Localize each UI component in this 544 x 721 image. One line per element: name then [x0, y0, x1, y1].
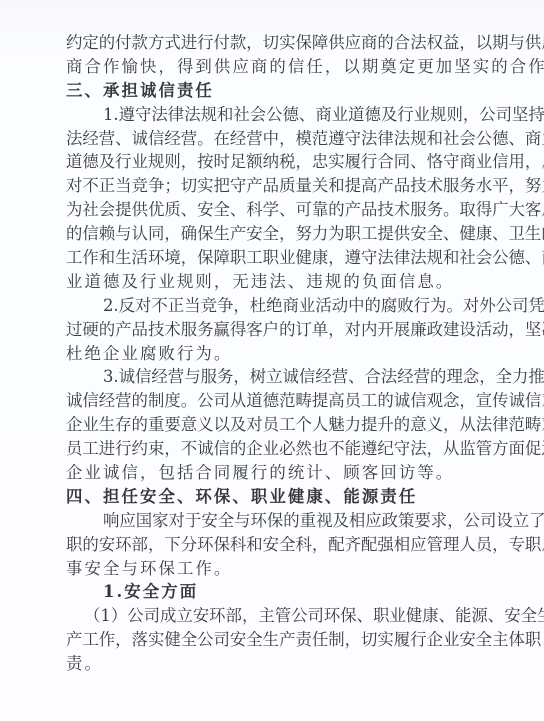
- paragraph-start: 响应国家对于安全与环保的重视及相应政策要求，公司设立了专: [66, 509, 480, 533]
- text-line: 产工作，落实健全公司安全生产责任制，切实履行企业安全主体职: [66, 628, 480, 652]
- text-line: 企业诚信，包括合同履行的统计、顾客回访等。: [66, 461, 480, 485]
- text-line: 企业生存的重要意义以及对员工个人魅力提升的意义，从法律范畴对: [66, 413, 480, 437]
- text-line: 商合作愉快，得到供应商的信任，以期奠定更加坚实的合作基础。: [66, 55, 480, 79]
- document-body: 约定的付款方式进行付款，切实保障供应商的合法权益，以期与供应 商合作愉快，得到供…: [66, 31, 480, 676]
- text-line: 对不正当竞争；切实把守产品质量关和提高产品技术服务水平，努力: [66, 174, 480, 198]
- text-line: 责。: [66, 652, 480, 676]
- text-line: 诚信经营的制度。公司从道德范畴提高员工的诚信观念，宣传诚信对: [66, 389, 480, 413]
- text-line: 职的安环部，下分环保科和安全科，配齐配强相应管理人员，专职从: [66, 533, 480, 557]
- section-heading-4: 四、担任安全、环保、职业健康、能源责任: [66, 485, 480, 509]
- text-line: 法经营、诚信经营。在经营中，模范遵守法律法规和社会公德、商业: [66, 127, 480, 151]
- text-line: 杜绝企业腐败行为。: [66, 342, 480, 366]
- text-line: 事安全与环保工作。: [66, 557, 480, 581]
- text-line: 业道德及行业规则，无违法、违规的负面信息。: [66, 270, 480, 294]
- text-line: 为社会提供优质、安全、科学、可靠的产品技术服务。取得广大客户: [66, 198, 480, 222]
- text-line: 员工进行约束，不诚信的企业必然也不能遵纪守法，从监管方面促进: [66, 437, 480, 461]
- paragraph-start: 1.遵守法律法规和社会公德、商业道德及行业规则，公司坚持依: [66, 103, 480, 127]
- text-line: 过硬的产品技术服务赢得客户的订单，对内开展廉政建设活动，坚决: [66, 318, 480, 342]
- paragraph-start: 3.诚信经营与服务，树立诚信经营、合法经营的理念，全力推行: [66, 365, 480, 389]
- subsection-heading: 1.安全方面: [66, 580, 480, 604]
- text-line: 道德及行业规则，按时足额纳税，忠实履行合同、恪守商业信用，反: [66, 150, 480, 174]
- document-page: 约定的付款方式进行付款，切实保障供应商的合法权益，以期与供应 商合作愉快，得到供…: [0, 0, 544, 721]
- text-line: 约定的付款方式进行付款，切实保障供应商的合法权益，以期与供应: [66, 31, 480, 55]
- text-line: 工作和生活环境，保障职工职业健康，遵守法律法规和社会公德、商: [66, 246, 480, 270]
- paragraph-start: 2.反对不正当竞争，杜绝商业活动中的腐败行为。对外公司凭借: [66, 294, 480, 318]
- section-heading-3: 三、承担诚信责任: [66, 79, 480, 103]
- paragraph-start: （1）公司成立安环部，主管公司环保、职业健康、能源、安全生: [66, 604, 480, 628]
- text-line: 的信赖与认同，确保生产安全，努力为职工提供安全、健康、卫生的: [66, 222, 480, 246]
